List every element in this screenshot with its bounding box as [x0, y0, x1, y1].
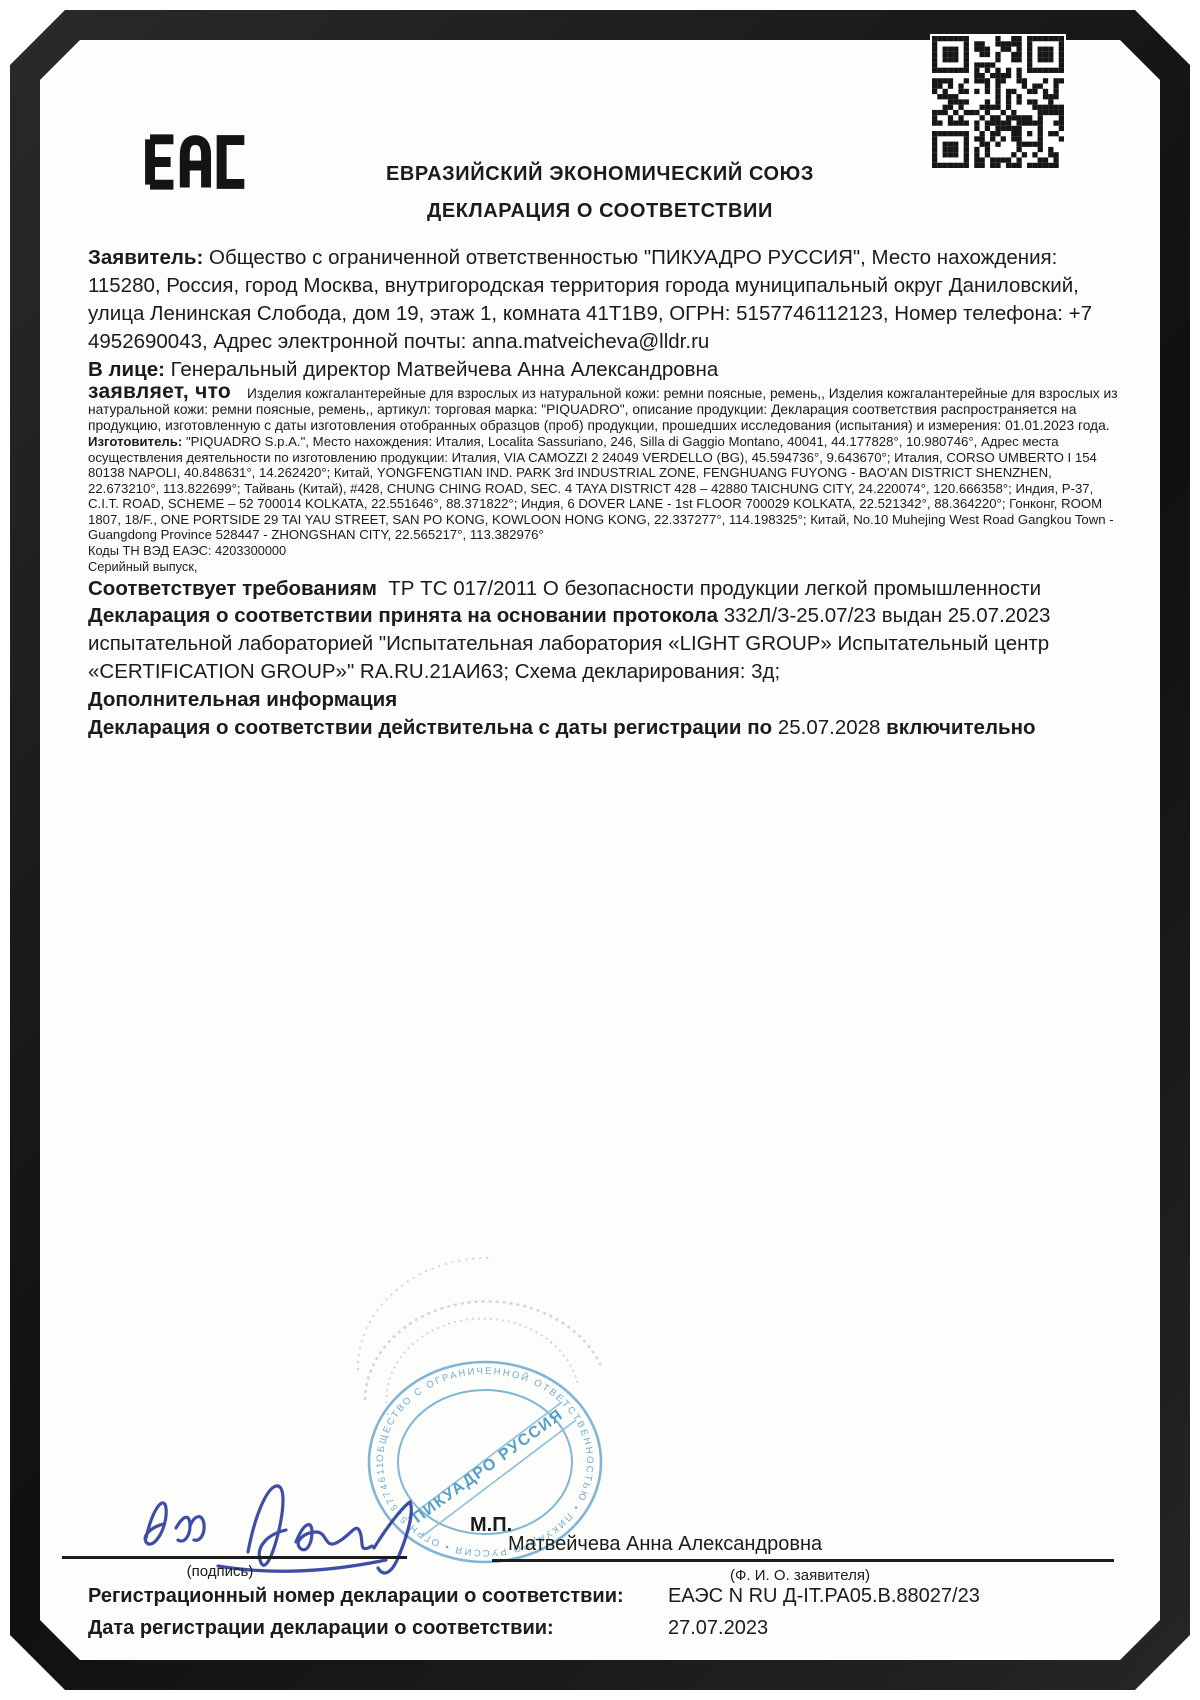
applicant-paragraph: Заявитель: Общество с ограниченной ответ… — [88, 244, 1118, 356]
registration-number-label: Регистрационный номер декларации о соотв… — [88, 1585, 624, 1607]
basis-paragraph: Декларация о соответствии принята на осн… — [88, 602, 1118, 686]
signature-line — [62, 1556, 407, 1559]
validity-paragraph: Декларация о соответствии действительна … — [88, 714, 1118, 742]
applicant-full-name: Матвейчева Анна Александровна — [508, 1533, 822, 1556]
basis-label: Декларация о соответствии принята на осн… — [88, 604, 718, 627]
document-title: ДЕКЛАРАЦИЯ О СООТВЕТСТВИИ — [0, 200, 1200, 223]
declares-paragraph: заявляет, чтоИзделия кожгалантерейные дл… — [88, 384, 1118, 434]
compliance-text: ТР ТС 017/2011 О безопасности продукции … — [388, 577, 1041, 600]
stamp-center-text: ПИКУАДРО РУССИЯ — [410, 1406, 567, 1527]
signature-caption: (подпись) — [120, 1563, 320, 1580]
union-title: ЕВРАЗИЙСКИЙ ЭКОНОМИЧЕСКИЙ СОЮЗ — [0, 163, 1200, 186]
name-caption: (Ф. И. О. заявителя) — [650, 1567, 950, 1584]
applicant-label: Заявитель: — [88, 246, 203, 269]
registration-number-value: ЕАЭС N RU Д-IT.РА05.В.88027/23 — [668, 1585, 980, 1608]
manufacturer-label: Изготовитель: — [88, 434, 182, 449]
validity-label: Декларация о соответствии действительна … — [88, 716, 772, 739]
declares-text: Изделия кожгалантерейные для взрослых из… — [88, 386, 1118, 433]
tnved-codes: Коды ТН ВЭД ЕАЭС: 4203300000 — [88, 543, 1118, 559]
representative-text: Генеральный директор Матвейчева Анна Але… — [171, 358, 719, 381]
manufacturer-paragraph: Изготовитель: "PIQUADRO S.p.A.", Место н… — [88, 434, 1118, 543]
registration-date-label: Дата регистрации декларации о соответств… — [88, 1617, 554, 1639]
compliance-label: Соответствует требованиям — [88, 577, 377, 600]
representative-label: В лице: — [88, 358, 165, 381]
stamp-place-label: М.П. — [470, 1514, 512, 1537]
additional-info-label: Дополнительная информация — [88, 688, 397, 711]
serial-issue: Серийный выпуск, — [88, 559, 1118, 575]
name-line — [492, 1559, 1114, 1562]
representative-paragraph: В лице: Генеральный директор Матвейчева … — [88, 356, 1118, 384]
compliance-paragraph: Соответствует требованиям ТР ТС 017/2011… — [88, 575, 1118, 602]
main-text-column: Заявитель: Общество с ограниченной ответ… — [88, 244, 1118, 742]
registration-number-row: Регистрационный номер декларации о соотв… — [88, 1585, 1118, 1608]
eac-mark-icon — [138, 120, 250, 204]
validity-suffix: включительно — [886, 716, 1035, 739]
declares-label: заявляет, что — [88, 380, 231, 403]
registration-date-value: 27.07.2023 — [668, 1617, 768, 1640]
registration-date-row: Дата регистрации декларации о соответств… — [88, 1617, 1118, 1640]
validity-date: 25.07.2028 — [778, 716, 881, 739]
applicant-text: Общество с ограниченной ответственностью… — [88, 246, 1092, 353]
qr-code — [930, 34, 1066, 170]
additional-info-heading: Дополнительная информация — [88, 686, 1118, 714]
manufacturer-text: "PIQUADRO S.p.A.", Место нахождения: Ита… — [88, 434, 1114, 542]
declaration-document: ЕВРАЗИЙСКИЙ ЭКОНОМИЧЕСКИЙ СОЮЗ ДЕКЛАРАЦИ… — [0, 0, 1200, 1700]
